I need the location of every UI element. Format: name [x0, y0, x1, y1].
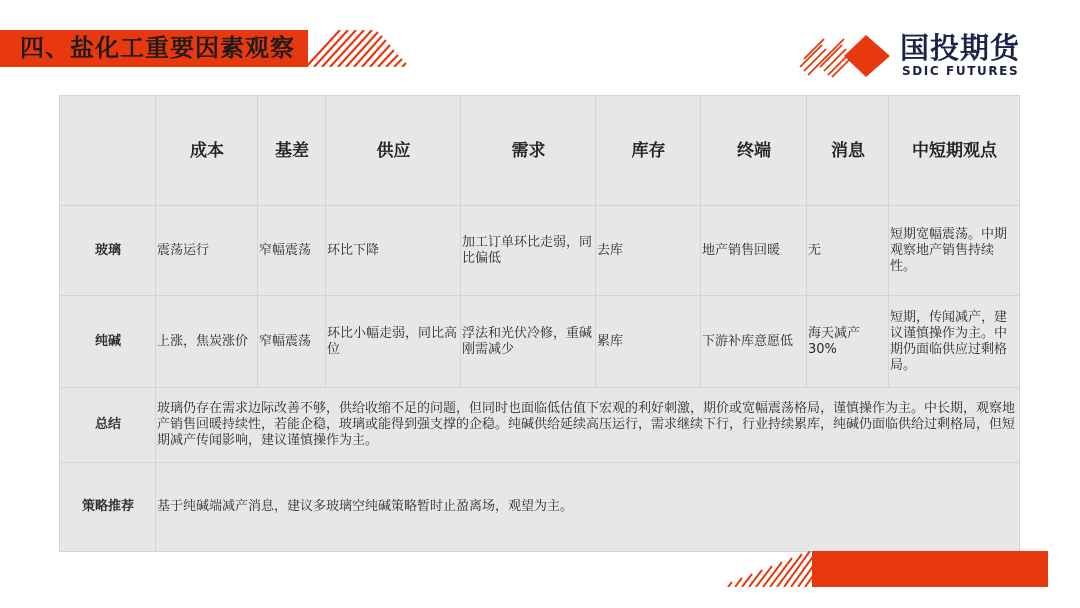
- row-label-summary: 总结: [60, 388, 156, 463]
- row-label-strategy: 策略推荐: [60, 463, 156, 552]
- cell-supply: 环比下降: [326, 206, 461, 296]
- logo-name-en: SDIC FUTURES: [902, 64, 1019, 78]
- cell-inventory: 累库: [596, 296, 701, 388]
- cell-inventory: 去库: [596, 206, 701, 296]
- title-hatch-decoration: [292, 30, 422, 67]
- cell-demand: 浮法和光伏冷修，重碱刚需减少: [461, 296, 596, 388]
- header-corner: [60, 96, 156, 206]
- logo-name-cn: 国投期货: [900, 32, 1020, 64]
- header-cost: 成本: [156, 96, 258, 206]
- strategy-text: 基于纯碱端减产消息，建议多玻璃空纯碱策略暂时止盈离场，观望为主。: [156, 463, 1020, 552]
- header-supply: 供应: [326, 96, 461, 206]
- page-title: 四、盐化工重要因素观察: [20, 30, 295, 67]
- cell-news: 海天减产30%: [807, 296, 889, 388]
- cell-demand: 加工订单环比走弱，同比偏低: [461, 206, 596, 296]
- sdic-logo: 国投期货 SDIC FUTURES: [798, 30, 1048, 80]
- header-inventory: 库存: [596, 96, 701, 206]
- header-outlook: 中短期观点: [889, 96, 1020, 206]
- cell-news: 无: [807, 206, 889, 296]
- row-label-glass: 玻璃: [60, 206, 156, 296]
- logo-mark-icon: [798, 33, 893, 78]
- cell-basis: 窄幅震荡: [258, 296, 326, 388]
- cell-basis: 窄幅震荡: [258, 206, 326, 296]
- table-row: 纯碱 上涨，焦炭涨价 窄幅震荡 环比小幅走弱，同比高位 浮法和光伏冷修，重碱刚需…: [60, 296, 1020, 388]
- cell-outlook: 短期宽幅震荡。中期观察地产销售持续性。: [889, 206, 1020, 296]
- cell-end-market: 下游补库意愿低: [701, 296, 807, 388]
- cell-cost: 上涨，焦炭涨价: [156, 296, 258, 388]
- header-news: 消息: [807, 96, 889, 206]
- summary-text: 玻璃仍存在需求边际改善不够，供给收缩不足的问题，但同时也面临低估值下宏观的利好刺…: [156, 388, 1020, 463]
- row-label-soda-ash: 纯碱: [60, 296, 156, 388]
- bottom-accent-bar: [812, 551, 1048, 587]
- cell-outlook: 短期，传闻减产，建议谨慎操作为主。中期仍面临供应过剩格局。: [889, 296, 1020, 388]
- strategy-row: 策略推荐 基于纯碱端减产消息，建议多玻璃空纯碱策略暂时止盈离场，观望为主。: [60, 463, 1020, 552]
- cell-end-market: 地产销售回暖: [701, 206, 807, 296]
- cell-cost: 震荡运行: [156, 206, 258, 296]
- table-row: 玻璃 震荡运行 窄幅震荡 环比下降 加工订单环比走弱，同比偏低 去库 地产销售回…: [60, 206, 1020, 296]
- summary-row: 总结 玻璃仍存在需求边际改善不够，供给收缩不足的问题，但同时也面临低估值下宏观的…: [60, 388, 1020, 463]
- table-header-row: 成本 基差 供应 需求 库存 终端 消息 中短期观点: [60, 96, 1020, 206]
- header-demand: 需求: [461, 96, 596, 206]
- header-basis: 基差: [258, 96, 326, 206]
- header-end-market: 终端: [701, 96, 807, 206]
- factor-table: 成本 基差 供应 需求 库存 终端 消息 中短期观点 玻璃 震荡运行 窄幅震荡 …: [59, 95, 1020, 552]
- cell-supply: 环比小幅走弱，同比高位: [326, 296, 461, 388]
